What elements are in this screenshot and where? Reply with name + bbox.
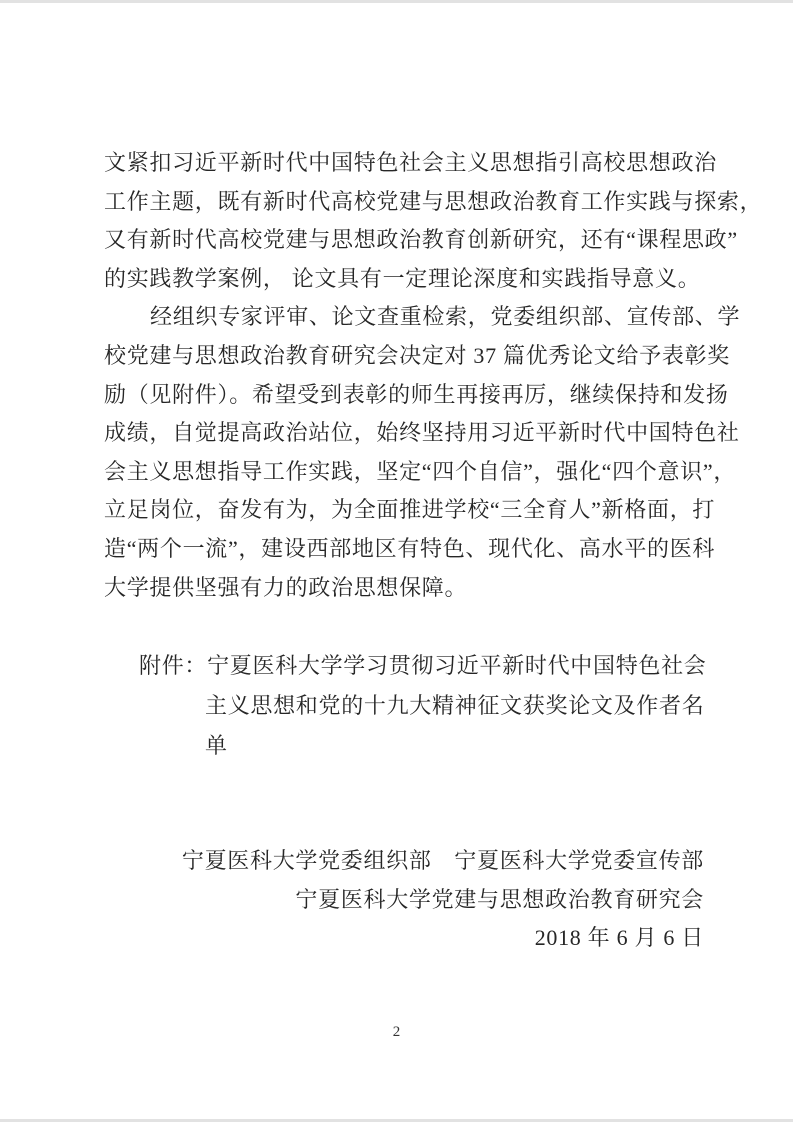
body-line: 的实践教学案例， 论文具有一定理论深度和实践指导意义。 bbox=[104, 260, 744, 299]
body-line: 大学提供坚强有力的政治思想保障。 bbox=[104, 569, 744, 608]
body-line: 成绩，自觉提高政治站位，始终坚持用习近平新时代中国特色社 bbox=[104, 414, 744, 453]
attachment-cont-line: 单 bbox=[139, 726, 749, 766]
attachment-first-line: 附件：宁夏医科大学学习贯彻习近平新时代中国特色社会 bbox=[139, 646, 749, 686]
signature-line-date: 2018 年 6 月 6 日 bbox=[104, 919, 704, 958]
body-line: 立足岗位，奋发有为，为全面推进学校“三全育人”新格面，打 bbox=[104, 491, 744, 530]
body-line: 造“两个一流”，建设西部地区有特色、现代化、高水平的医科 bbox=[104, 530, 744, 569]
document-page: 文紧扣习近平新时代中国特色社会主义思想指引高校思想政治 工作主题，既有新时代高校… bbox=[0, 0, 793, 1122]
attachment-label: 附件： bbox=[139, 653, 207, 678]
body-line: 校党建与思想政治教育研究会决定对 37 篇优秀论文给予表彰奖 bbox=[104, 337, 744, 376]
signature-line-departments: 宁夏医科大学党委组织部 宁夏医科大学党委宣传部 bbox=[104, 842, 704, 881]
signature-block: 宁夏医科大学党委组织部 宁夏医科大学党委宣传部 宁夏医科大学党建与思想政治教育研… bbox=[104, 842, 704, 958]
body-line: 会主义思想指导工作实践，坚定“四个自信”，强化“四个意识”， bbox=[104, 453, 744, 492]
body-text-block: 文紧扣习近平新时代中国特色社会主义思想指引高校思想政治 工作主题，既有新时代高校… bbox=[104, 144, 744, 607]
body-line: 工作主题，既有新时代高校党建与思想政治教育工作实践与探索， bbox=[104, 183, 744, 222]
attachment-block: 附件：宁夏医科大学学习贯彻习近平新时代中国特色社会 主义思想和党的十九大精神征文… bbox=[139, 646, 749, 766]
body-line: 励（见附件）。希望受到表彰的师生再接再厉，继续保持和发扬 bbox=[104, 376, 744, 415]
body-line: 文紧扣习近平新时代中国特色社会主义思想指引高校思想政治 bbox=[104, 144, 744, 183]
attachment-cont-line: 主义思想和党的十九大精神征文获奖论文及作者名 bbox=[139, 686, 749, 726]
page-number: 2 bbox=[0, 1023, 793, 1041]
body-line: 又有新时代高校党建与思想政治教育创新研究，还有“课程思政” bbox=[104, 221, 744, 260]
signature-line-research-society: 宁夏医科大学党建与思想政治教育研究会 bbox=[104, 881, 704, 920]
body-line: 经组织专家评审、论文查重检索，党委组织部、宣传部、学 bbox=[104, 298, 744, 337]
attachment-title-line: 宁夏医科大学学习贯彻习近平新时代中国特色社会 bbox=[207, 653, 706, 678]
scan-edge-top bbox=[0, 0, 793, 3]
